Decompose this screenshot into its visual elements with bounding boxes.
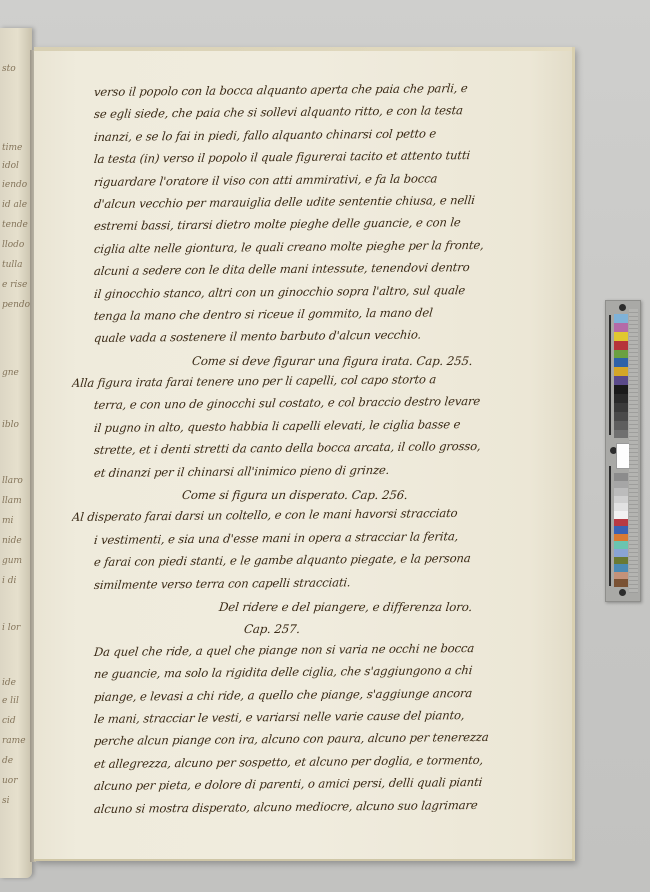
margin-fragment: nide (2, 536, 22, 546)
strip-rail (609, 466, 611, 586)
color-patch (614, 367, 628, 376)
strip-hole-top (619, 304, 626, 311)
color-patches-bottom (614, 473, 628, 587)
color-patch (614, 376, 628, 385)
margin-fragment: tulla (2, 260, 23, 270)
color-patch (614, 350, 628, 359)
margin-fragment: ide (2, 678, 16, 688)
margin-fragment: si (2, 796, 10, 806)
color-patch (614, 385, 628, 394)
color-patch (614, 394, 628, 403)
color-patch (614, 579, 628, 587)
margin-fragment: llam (2, 496, 22, 506)
margin-fragment: idol (2, 161, 19, 171)
margin-fragment: llaro (2, 476, 23, 486)
color-patch (614, 341, 628, 350)
margin-fragment: llodo (2, 240, 24, 250)
color-patch (614, 503, 628, 511)
margin-fragment: e rise (2, 280, 27, 290)
margin-fragment: e lil (2, 696, 19, 706)
color-patch (614, 412, 628, 421)
color-patches-top (614, 314, 628, 438)
margin-fragment: id ale (2, 200, 27, 210)
color-patch (614, 481, 628, 489)
chapter-heading-257-title: Del ridere e del piangere, e differenza … (93, 596, 557, 618)
margin-fragment: time (2, 143, 22, 153)
color-patch (614, 430, 628, 439)
color-patch (614, 488, 628, 496)
color-patch (614, 314, 628, 323)
color-calibration-strip (605, 300, 641, 602)
margin-fragment: sto (2, 64, 16, 74)
manuscript-page: verso il popolo con la bocca alquanto ap… (34, 47, 575, 861)
color-patch (614, 358, 628, 367)
manuscript-text: verso il popolo con la bocca alquanto ap… (94, 81, 556, 820)
strip-hole-bottom (619, 589, 626, 596)
text-line: alcuno si mostra disperato, alcuno medio… (93, 793, 558, 820)
color-patch (614, 511, 628, 519)
margin-fragment: uor (2, 776, 18, 786)
color-patch (614, 572, 628, 580)
margin-fragment: mi (2, 516, 13, 526)
color-patch (614, 541, 628, 549)
margin-fragment: gum (2, 556, 22, 566)
color-patch (614, 564, 628, 572)
margin-fragment: de (2, 756, 13, 766)
margin-fragment: gne (2, 368, 19, 378)
strip-rail (609, 315, 611, 435)
color-patch (614, 496, 628, 504)
strip-label (616, 443, 630, 469)
color-patch (614, 473, 628, 481)
margin-fragment: rame (2, 736, 26, 746)
color-patch (614, 557, 628, 565)
color-patch (614, 534, 628, 542)
margin-fragment: i di (2, 576, 16, 586)
color-patch (614, 526, 628, 534)
left-page-edge: sto time idol iendo id ale tende llodo t… (0, 28, 32, 878)
margin-fragment: tende (2, 220, 28, 230)
margin-fragment: iendo (2, 180, 27, 190)
text-line: quale vada a sostenere il mento barbuto … (93, 322, 558, 349)
margin-fragment: cid (2, 716, 16, 726)
color-patch (614, 403, 628, 412)
margin-fragment: iblo (2, 420, 19, 430)
color-patch (614, 549, 628, 557)
color-patch (614, 421, 628, 430)
margin-fragment: pendo (2, 300, 30, 310)
color-patch (614, 332, 628, 341)
text-line: et dinanzi per il chinarsi all'inimico p… (93, 457, 558, 484)
strip-scale (629, 309, 638, 593)
color-patch (614, 323, 628, 332)
margin-fragment: i lor (2, 623, 20, 633)
color-patch (614, 519, 628, 527)
text-line: similmente verso terra con capelli strac… (93, 569, 558, 596)
